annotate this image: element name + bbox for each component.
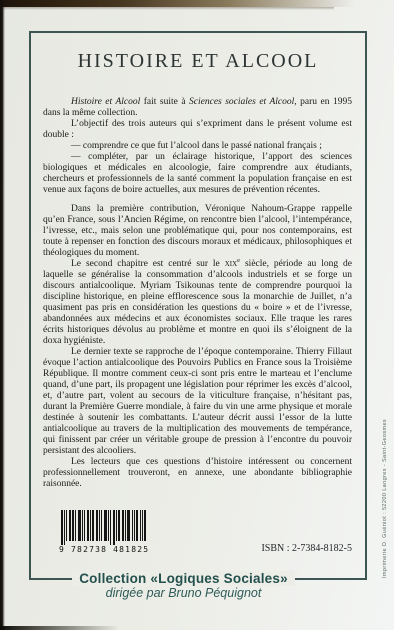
body-paragraph: Le dernier texte se rapproche de l’époqu… (43, 347, 352, 457)
barcode-bars (59, 510, 149, 545)
body-paragraph: L’objectif des trois auteurs qui s’expri… (43, 119, 352, 141)
cover-frame: HISTOIRE ET ALCOOL Histoire et Alcool fa… (29, 31, 367, 580)
body-text: Histoire et Alcool fait suite à Sciences… (43, 97, 352, 490)
book-title: HISTOIRE ET ALCOOL (39, 50, 357, 73)
body-paragraph: Les lecteurs que ces questions d’histoir… (43, 457, 352, 490)
body-paragraph: Histoire et Alcool fait suite à Sciences… (43, 97, 352, 119)
printer-colophon: Imprimerie D. Guéniot : 52200 Langres - … (382, 438, 388, 578)
barcode-digits: 9 782738 481825 (59, 545, 149, 554)
body-paragraph: — comprendre ce que fut l’alcool dans le… (43, 141, 352, 152)
book-back-cover: { "cover": { "title": "HISTOIRE ET ALCOO… (0, 0, 394, 630)
isbn-label: ISBN : 2-7384-8182-5 (261, 543, 352, 554)
body-paragraph: — compléter, par un éclairage historique… (43, 152, 352, 196)
photo-edge-top-shadow (0, 7, 334, 10)
collection-director: dirigée par Bruno Péquignot (0, 586, 367, 600)
barcode: 9 782738 481825 (59, 510, 149, 556)
photo-edge-left (0, 0, 5, 630)
body-paragraph: Dans la première contribution, Véronique… (43, 204, 352, 259)
body-paragraph: Le second chapitre est centré sur le xix… (43, 259, 352, 347)
collection-name: Collection «Logiques Sociales» (72, 571, 295, 586)
photo-edge-top (0, 0, 394, 7)
photo-edge-bottom-left (0, 626, 120, 630)
